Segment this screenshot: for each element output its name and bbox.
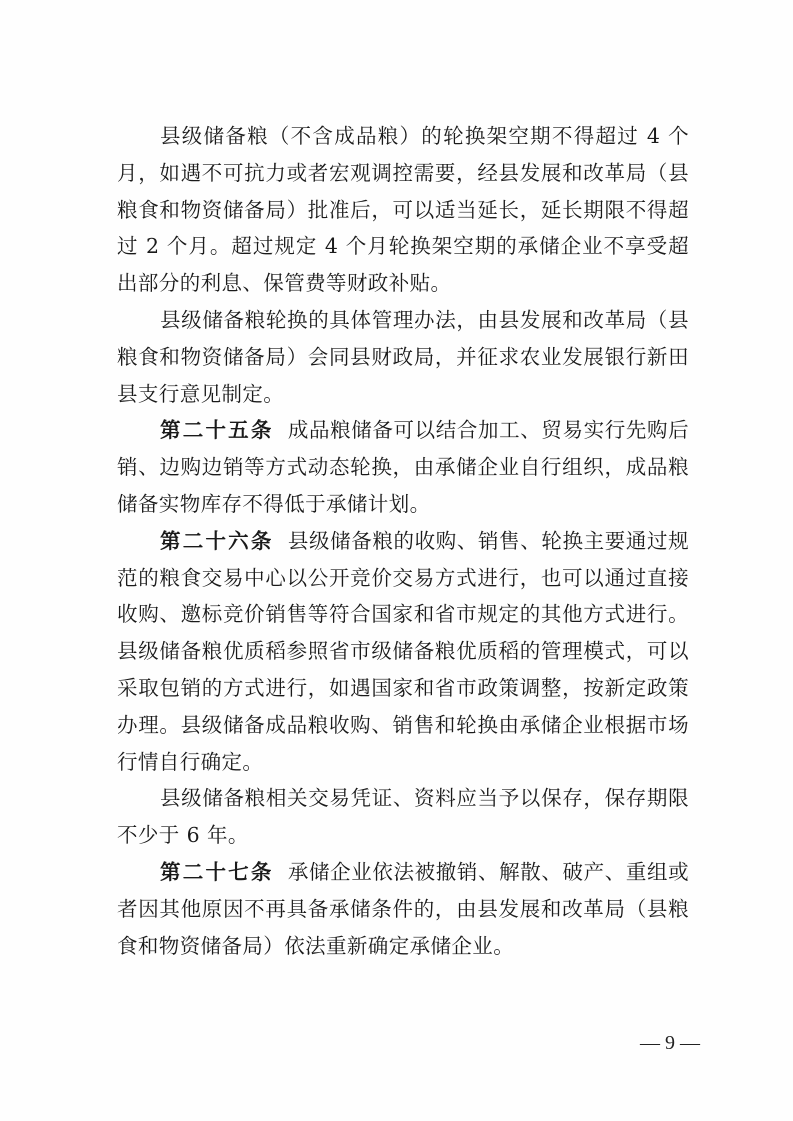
paragraph-text: 县级储备粮相关交易凭证、资料应当予以保存，保存期限不少于 6 年。: [117, 786, 689, 847]
article-heading: 第二十五条: [160, 418, 274, 442]
article-26: 第二十六条县级储备粮的收购、销售、轮换主要通过规范的粮食交易中心以公开竞价交易方…: [117, 523, 689, 781]
paragraph-text: 县级储备粮轮换的具体管理办法，由县发展和改革局（县粮食和物资储备局）会同县财政局…: [117, 308, 689, 406]
page-number: — 9 —: [640, 1032, 700, 1055]
article-heading: 第二十六条: [160, 529, 274, 553]
paragraph-rotation-management: 县级储备粮轮换的具体管理办法，由县发展和改革局（县粮食和物资储备局）会同县财政局…: [117, 302, 689, 412]
paragraph-text: 县级储备粮（不含成品粮）的轮换架空期不得超过 4 个月，如遇不可抗力或者宏观调控…: [117, 124, 689, 295]
article-27: 第二十七条承储企业依法被撤销、解散、破产、重组或者因其他原因不再具备承储条件的，…: [117, 854, 689, 964]
paragraph-rotation-vacancy-period: 县级储备粮（不含成品粮）的轮换架空期不得超过 4 个月，如遇不可抗力或者宏观调控…: [117, 118, 689, 302]
document-body: 县级储备粮（不含成品粮）的轮换架空期不得超过 4 个月，如遇不可抗力或者宏观调控…: [117, 118, 689, 964]
article-25: 第二十五条成品粮储备可以结合加工、贸易实行先购后销、边购边销等方式动态轮换，由承…: [117, 412, 689, 522]
paragraph-text: 县级储备粮的收购、销售、轮换主要通过规范的粮食交易中心以公开竞价交易方式进行，也…: [117, 529, 689, 774]
paragraph-record-retention: 县级储备粮相关交易凭证、资料应当予以保存，保存期限不少于 6 年。: [117, 780, 689, 854]
article-heading: 第二十七条: [160, 860, 274, 884]
document-page: 县级储备粮（不含成品粮）的轮换架空期不得超过 4 个月，如遇不可抗力或者宏观调控…: [0, 0, 793, 1121]
